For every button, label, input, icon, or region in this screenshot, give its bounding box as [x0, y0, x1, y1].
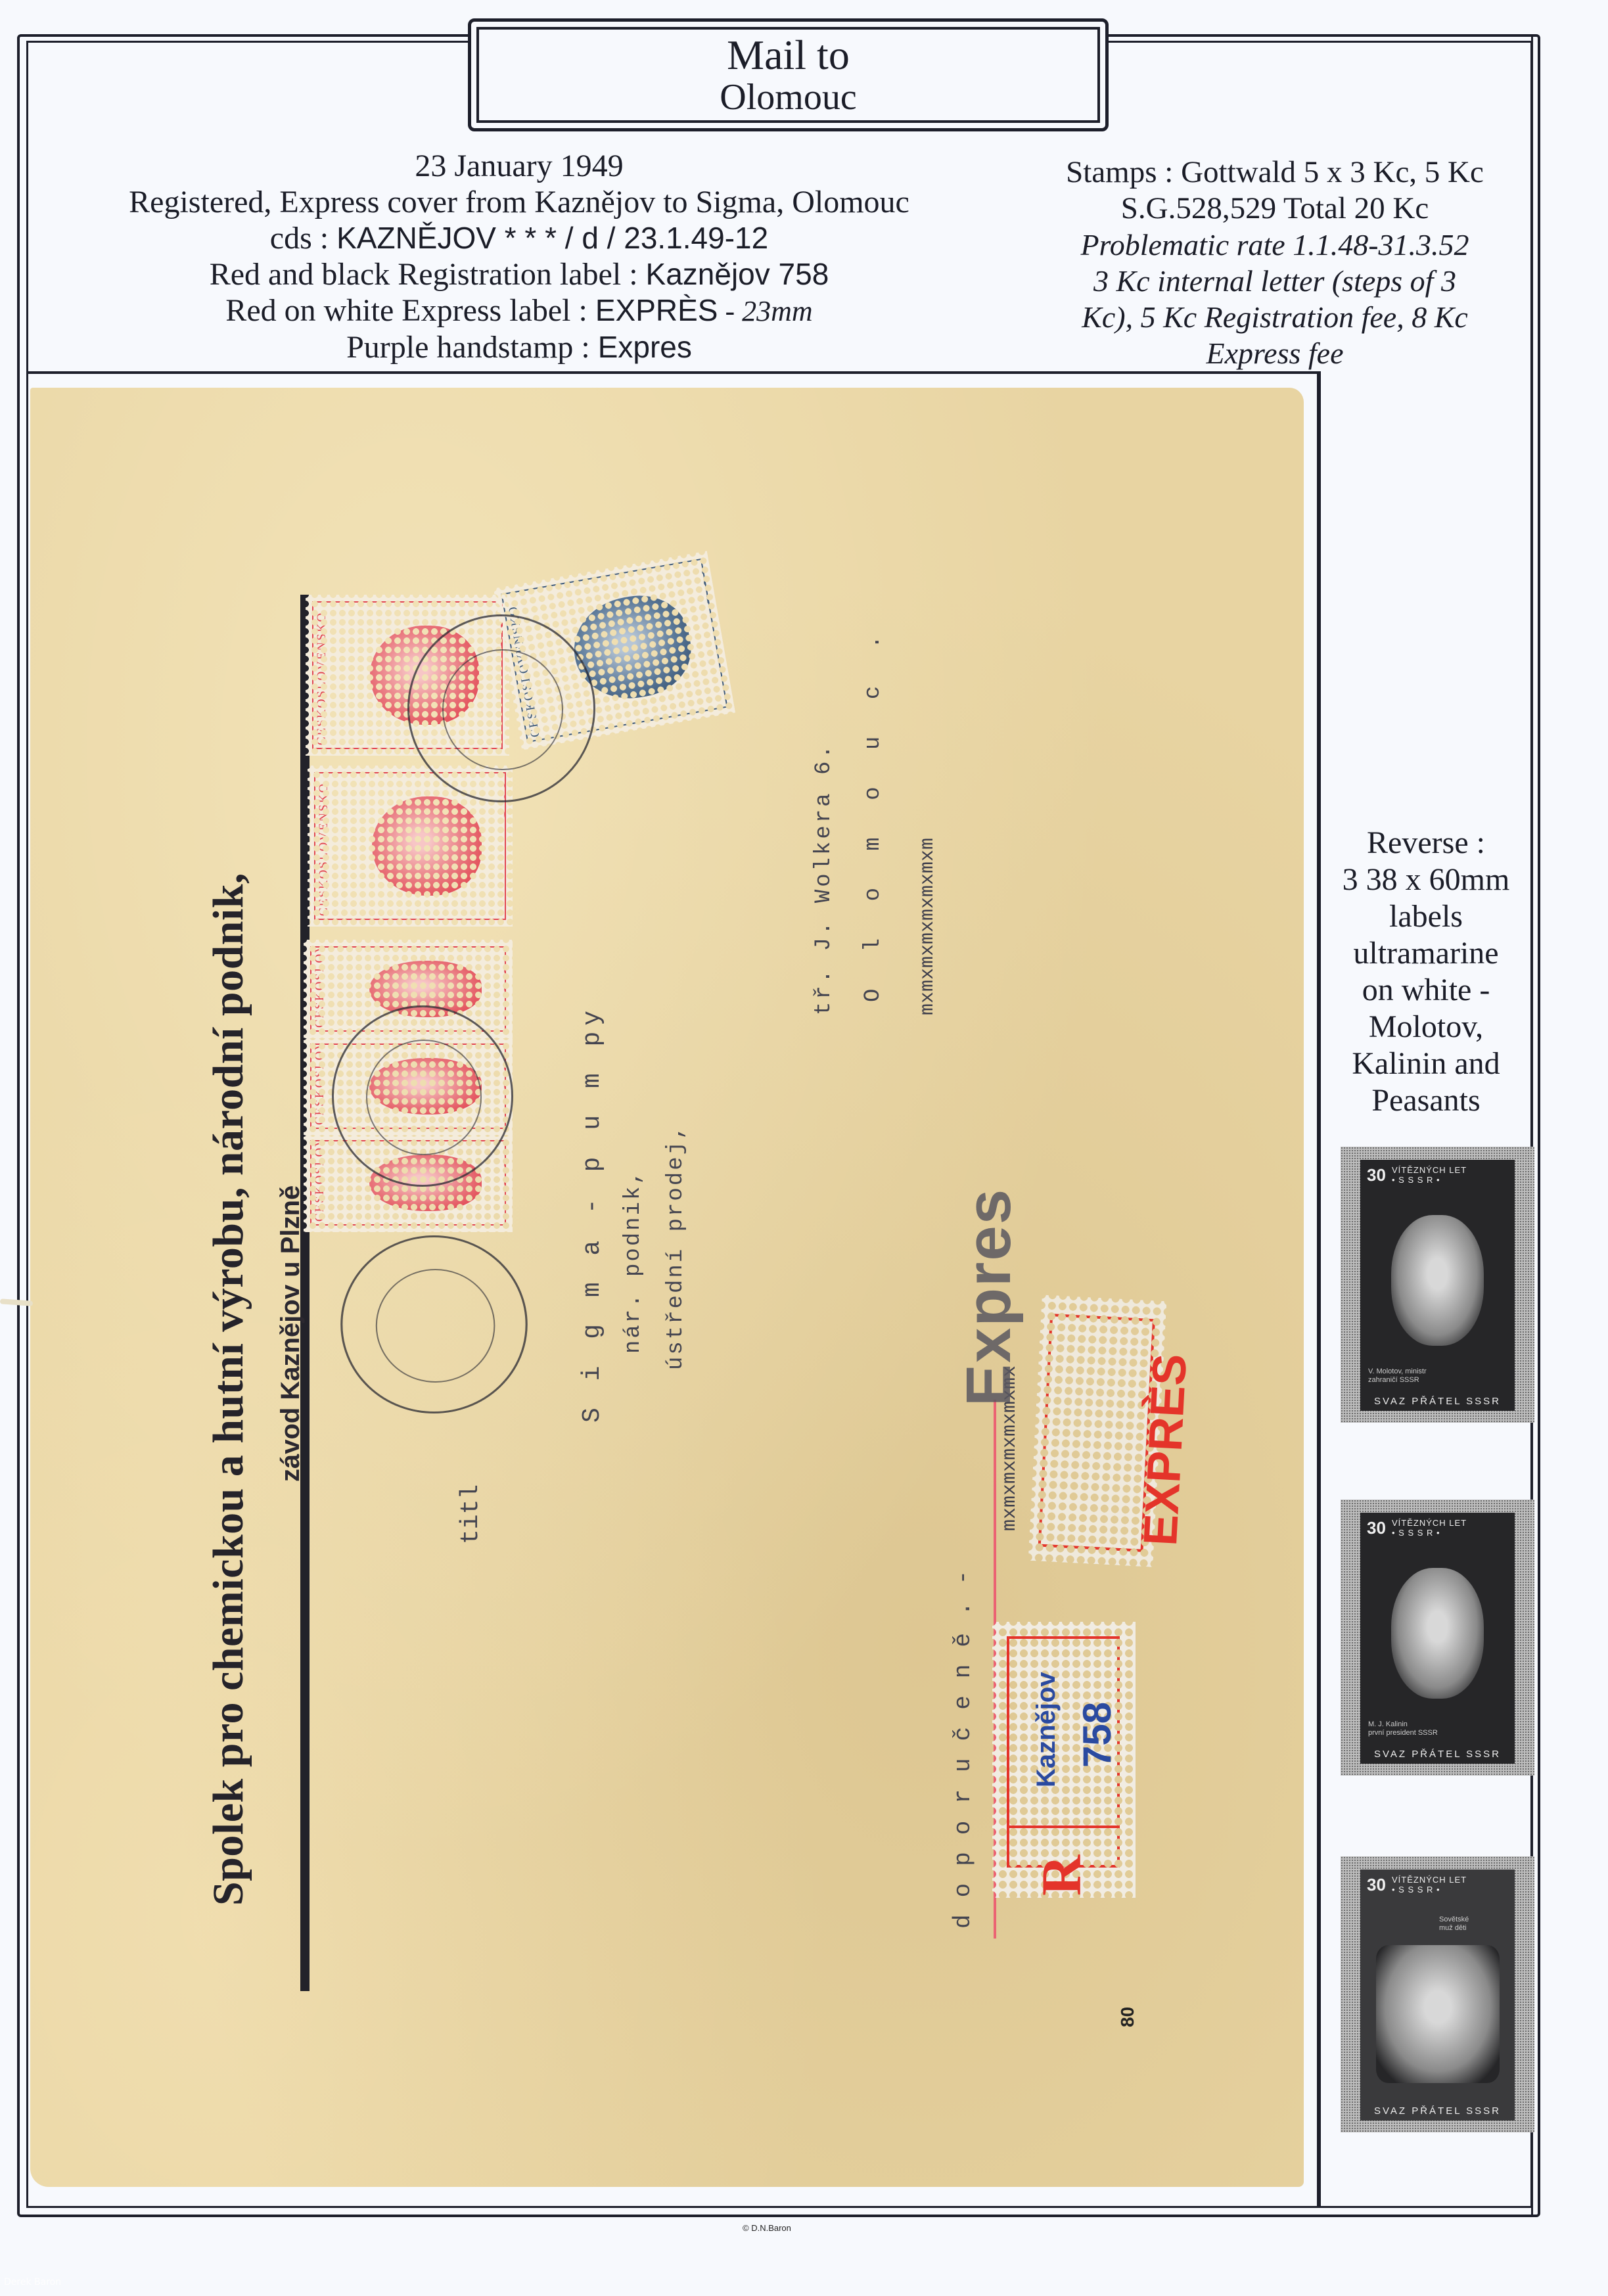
expres-handstamp: Expres [953, 1188, 1025, 1406]
rate-line3: Kc), 5 Kc Registration fee, 8 Kc [1012, 299, 1538, 335]
address-strike-line: mxmxmxmxmxmxmxm [917, 838, 939, 1015]
watermark: Derek Baron [4, 2277, 61, 2287]
cds-postmark [407, 614, 595, 802]
registration-printer-mark: 80 [1117, 2007, 1138, 2027]
page-title-line1: Mail to [727, 33, 850, 78]
stamps-line1: Stamps : Gottwald 5 x 3 Kc, 5 Kc [1012, 154, 1538, 191]
address-partial: titl [457, 1484, 485, 1544]
registration-line: Red and black Registration label : Kazně… [33, 256, 1005, 292]
registration-number: 758 [1074, 1702, 1120, 1768]
express-label-text: EXPRÈS [1134, 1352, 1197, 1547]
registration-r-letter: R [1028, 1855, 1094, 1896]
rate-line2: 3 Kc internal letter (steps of 3 [1012, 263, 1538, 299]
registration-town: Kaznějov [1032, 1672, 1061, 1787]
cds-postmark [340, 1235, 528, 1413]
address-line5: O l o m o u c . [861, 624, 886, 1002]
reverse-note: Reverse : 3 38 x 60mm labels ultramarine… [1321, 825, 1531, 1119]
address-line3: ústřední prodej, [664, 1124, 689, 1370]
reverse-label-molotov: 30 VÍTĚZNÝCH LET • S S S R • V. Molotov,… [1341, 1147, 1534, 1423]
cover-summary: Registered, Express cover from Kaznějov … [33, 184, 1005, 220]
cds-postmark [332, 1005, 513, 1187]
sender-subline: závod Kaznějov u Plzně [276, 1185, 306, 1482]
title-box: Mail to Olomouc [468, 18, 1109, 131]
registration-value: Kaznějov 758 [646, 257, 829, 291]
portrait-icon [372, 796, 482, 895]
portrait-icon [1391, 1215, 1484, 1346]
copyright: © D.N.Baron [743, 2223, 791, 2233]
express-line: Red on white Express label : EXPRÈS - 23… [33, 292, 1005, 329]
crowd-image-icon [1376, 1945, 1500, 2083]
address-line4: tř. J. Wolkera 6. [812, 743, 837, 1015]
rate-line1: Problematic rate 1.1.48-31.3.52 [1012, 227, 1538, 263]
cds-value: KAZNĚJOV * * * / d / 23.1.49-12 [336, 221, 768, 255]
cover-description: 23 January 1949 Registered, Express cove… [33, 148, 1005, 365]
doporucene-text: doporučeně.- [950, 1553, 976, 1929]
page-title-line2: Olomouc [720, 78, 856, 117]
reverse-label-kalinin: 30 VÍTĚZNÝCH LET • S S S R • M. J. Kalin… [1341, 1500, 1534, 1776]
express-size: - 23mm [718, 295, 812, 327]
address-line1: S i g m a - p u m py [578, 1005, 607, 1423]
portrait-icon [1391, 1568, 1484, 1699]
cover-date: 23 January 1949 [33, 148, 1005, 184]
address-line2: nár. podnik, [621, 1169, 646, 1354]
handstamp-line: Purple handstamp : Expres [33, 329, 1005, 365]
sender-name: Spolek pro chemickou a hutní výrobu, nár… [204, 873, 254, 1906]
stamps-note: Stamps : Gottwald 5 x 3 Kc, 5 Kc S.G.528… [1012, 154, 1538, 371]
handstamp-value: Expres [598, 330, 692, 364]
reverse-label-peasants: 30 VÍTĚZNÝCH LET • S S S R • Sovětské mu… [1341, 1856, 1534, 2132]
express-value: EXPRÈS [595, 293, 718, 327]
stamps-line2: S.G.528,529 Total 20 Kc [1012, 191, 1538, 227]
cds-line: cds : KAZNĚJOV * * * / d / 23.1.49-12 [33, 220, 1005, 256]
rate-line4: Express fee [1012, 335, 1538, 371]
